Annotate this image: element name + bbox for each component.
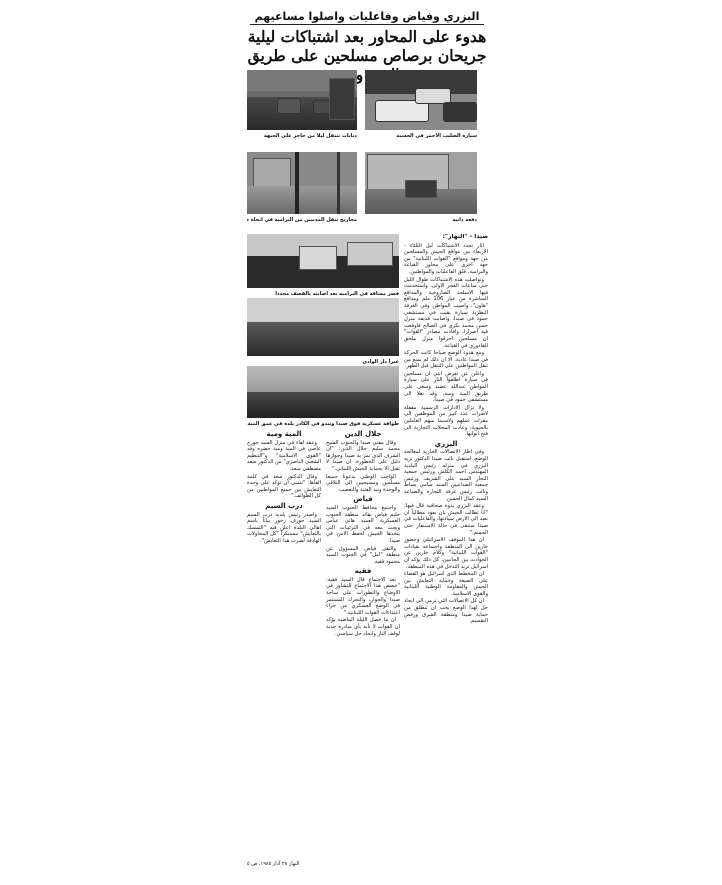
photo-house [365,152,477,214]
paragraph: وقال الدكتور سعد في كلمة القاها: "نتمنى … [247,474,321,500]
caption-panorama: طوافة عسكرية فوق صيدا وتبدو في الكادر بل… [247,421,399,427]
paragraph: وعقد لقاء في منزل السيد جورج عاصي في الم… [247,440,321,473]
paragraph: واجتمع محافظ الجنوب السيد حليم فياض بقائ… [326,505,400,545]
subheading-bazzi: البزري [404,441,488,448]
paragraph: ولا تزال الادارات الرسمية مقفلة لاضراب ع… [404,405,488,438]
paragraph: الواجب الوطني يدعونا جميعا مسلمين ومسيحي… [326,474,400,494]
caption-street: مخاريج تنقل المدنيين من البرامية في اتجا… [247,217,357,223]
article-kicker: البزري وفياض وفاعليات واصلوا مساعيهم [250,10,484,25]
caption-ambulance: سيارة الصليب الاحمر في الحسبة [365,133,477,139]
paragraph: واصدر رئيس بلدية درب السيم السيد جوزف زخ… [247,512,321,545]
paragraph: ان ما حصل الليلة الماضية يؤكد ان القوات … [326,617,400,637]
photo-tanks [247,70,357,130]
photo-village [247,298,399,356]
caption-village: عبرا دار الوادي [247,359,399,365]
paragraph: وعقد البزري ندوة صحافية قال فيها: "انا ن… [404,503,488,536]
article-byline: صيدا - "النهار": [404,234,488,241]
subheading-faqih: فقيه [326,568,400,575]
subheading-fayyad: فياض [326,496,400,503]
paragraph: بعد الاجتماع قال السيد فقيه: "خصص هذا ال… [326,577,400,617]
paragraph: والتقى فياض المسؤول عن منطقة "امل" في ال… [326,546,400,566]
paragraph: واعلن عن تعرض ابني ان مسلحين في سيارة اط… [404,371,488,404]
subheading-darb: درب السيم [247,503,321,510]
paragraph: وفي اطار الاتصالات الجارية لمعالجة الوضع… [404,449,488,502]
paragraph: ومع هدوء الوضع صباحا كانت الحركة في صيدا… [404,350,488,370]
paragraph: اثار تجدد الاشتباكات ليل الثلثاء - الارب… [404,243,488,276]
photo-panorama [247,366,399,418]
subheading-mia: المية ومية [247,431,321,438]
column-left: المية ومية وعقد لقاء في منزل السيد جورج … [247,428,321,858]
subheading-jalal: جلال الدين [326,431,400,438]
photo-street [247,152,357,214]
paragraph: وتواصلت هذه الاشتباكات طوال الليل حتى سا… [404,277,488,350]
headline-line-1: هدوء على المحاور بعد اشتباكات ليلية [244,27,490,46]
column-right-top: صيدا - "النهار": اثار تجدد الاشتباكات لي… [404,234,488,854]
paragraph: ان كل الاتصالات التي ترمي الى ايجاد حل ل… [404,598,488,624]
photo-hilltop [247,234,399,288]
column-middle: جلال الدين وقال مفتي صيدا والجنوب الشيخ … [326,428,400,858]
caption-hilltop: قصر مشاقة في البرامية بعد اصابته بالقصف … [247,291,399,297]
caption-house: دفعة دانية [430,217,477,223]
caption-tanks: دبابات تنتقل ليلا من حاجز على الجبهة [247,133,357,139]
paragraph: ان المخطط الذي اسرائيل هو القضاء على الص… [404,571,488,597]
photo-ambulance [365,70,477,130]
paragraph: ان هذا الموقف الاسرائيلي وحضور خارين الى… [404,537,488,570]
paragraph: وقال مفتي صيدا والجنوب الشيخ محمد سليم ج… [326,440,400,473]
source-footer: النهار ٢٨ آذار ١٩٨٥، ص ٥ [247,861,300,867]
